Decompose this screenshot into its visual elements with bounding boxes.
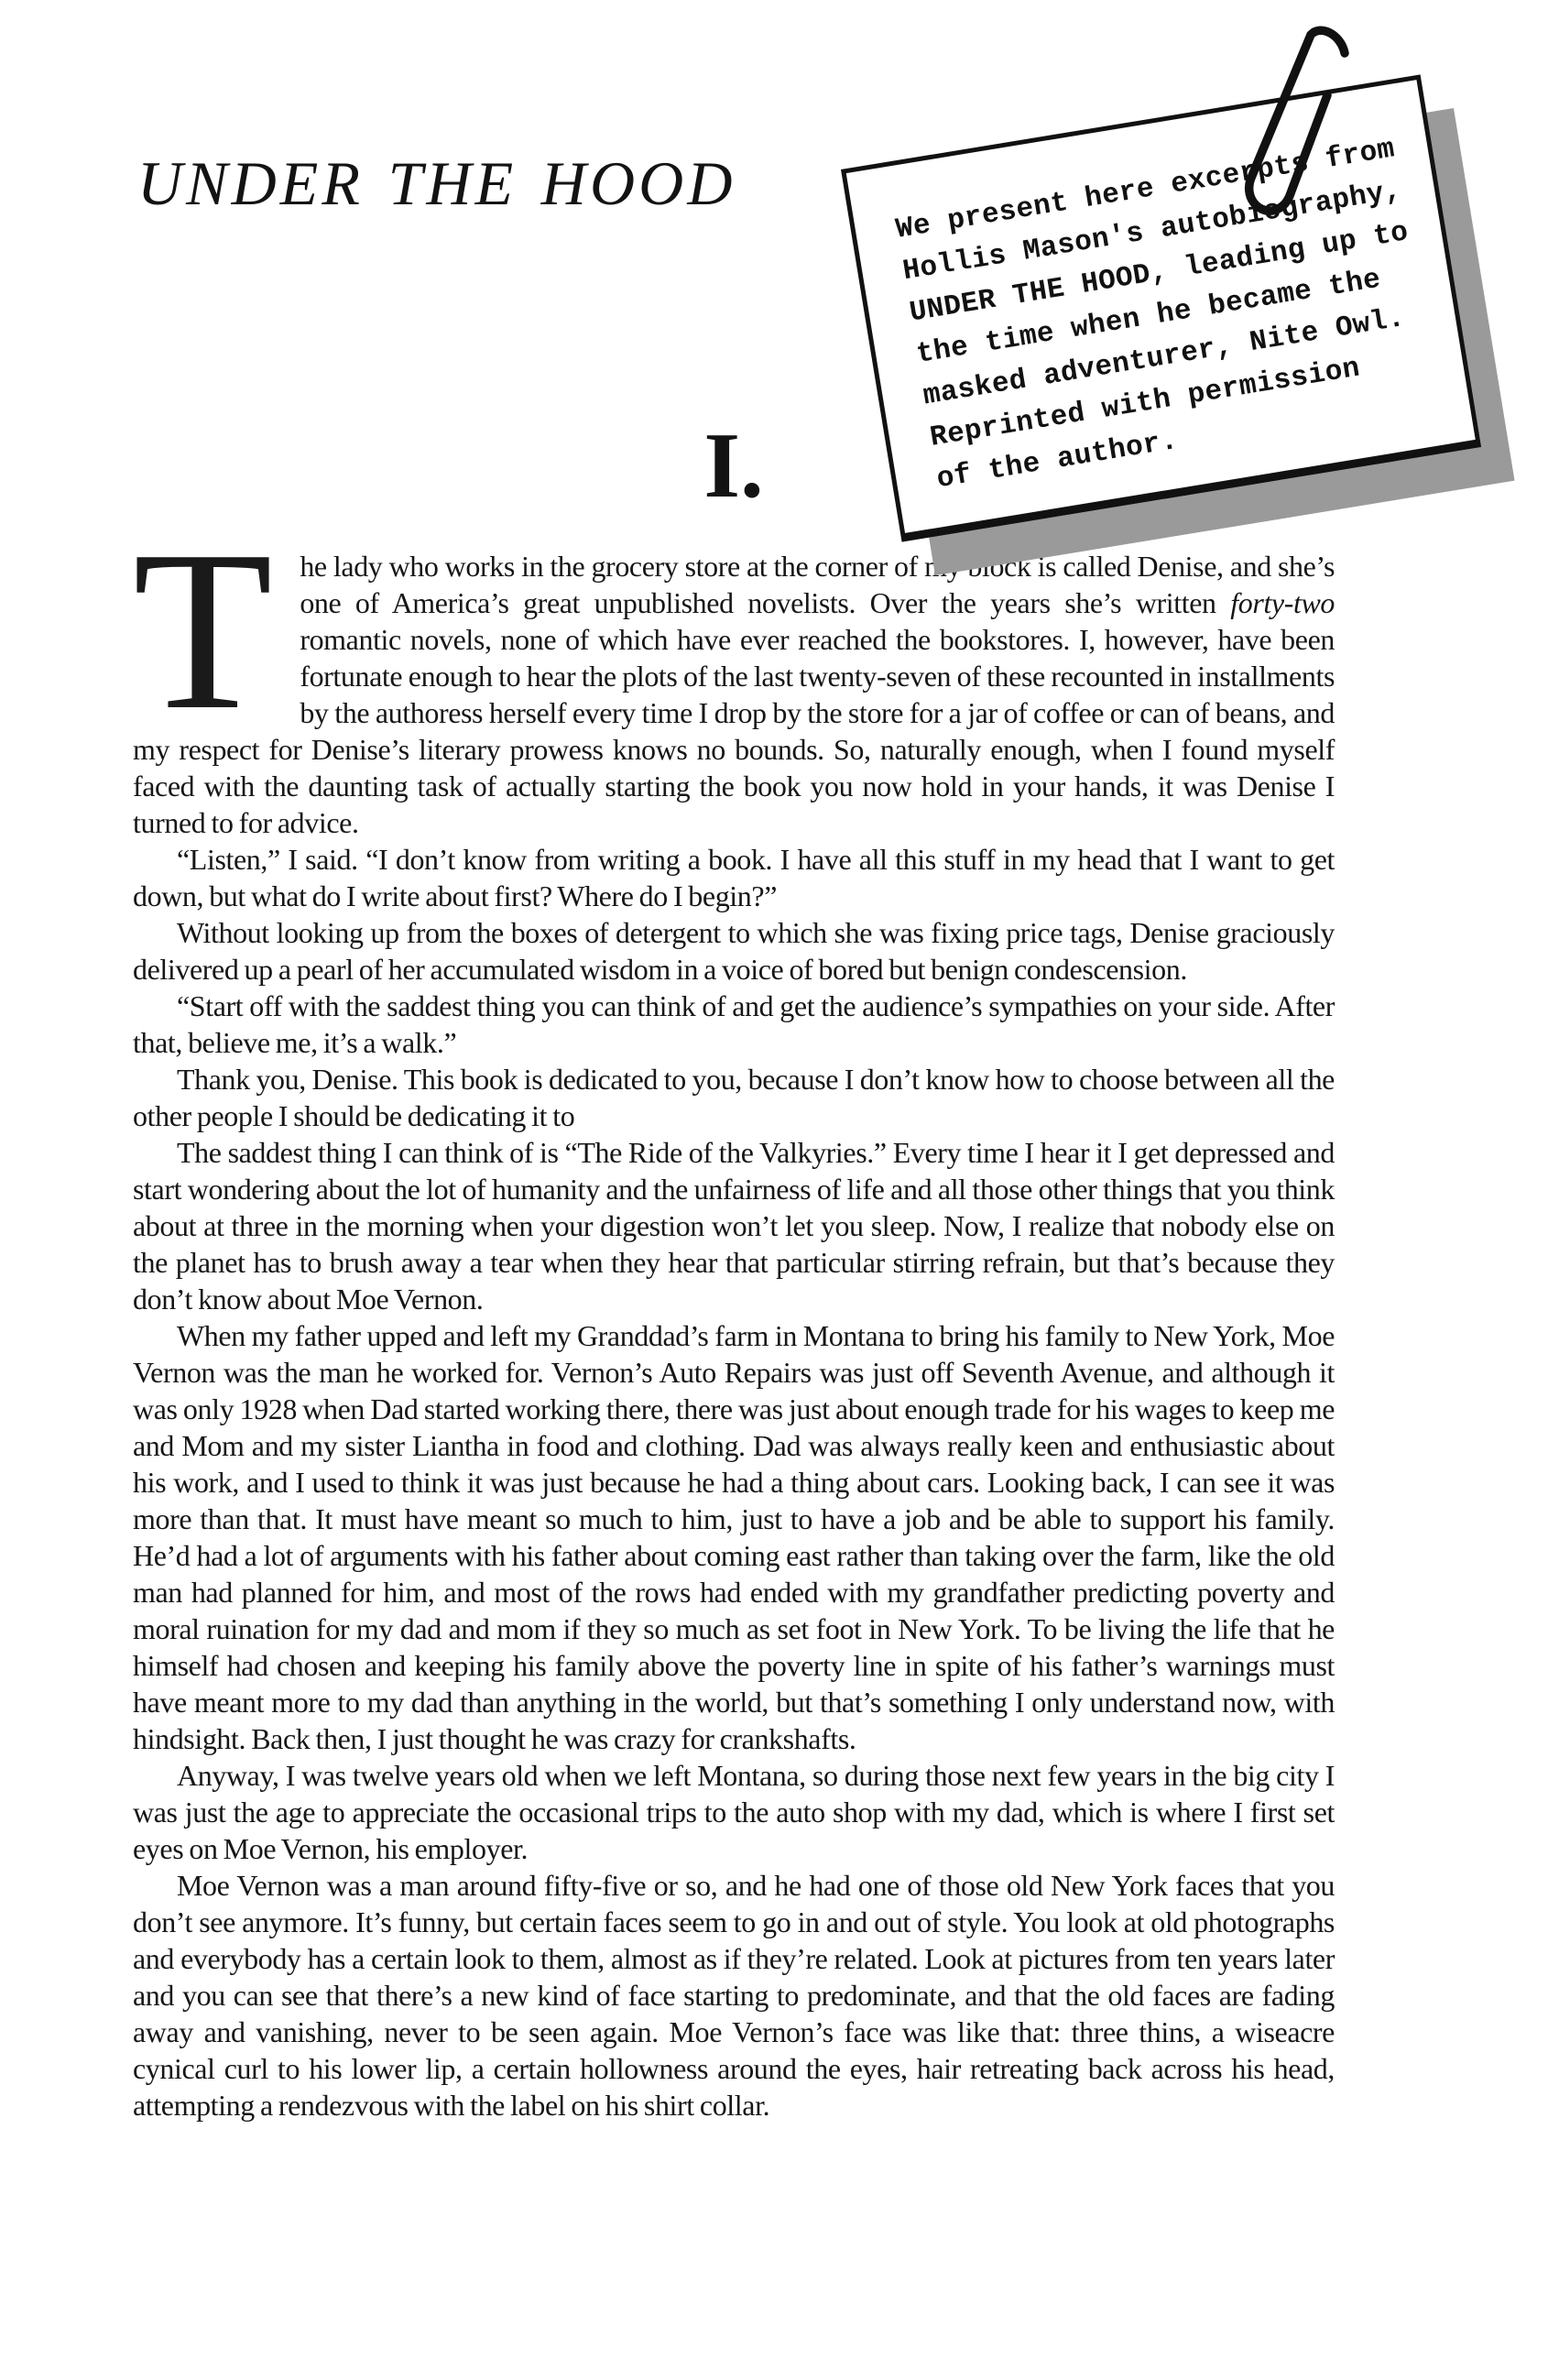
paragraph: “Listen,” I said. “I don’t know from wri… (133, 841, 1335, 914)
paragraph: Without looking up from the boxes of det… (133, 914, 1335, 988)
body-text: he lady who works in the grocery store a… (300, 550, 1335, 619)
body-text: “Listen,” I said. “I don’t know from wri… (133, 843, 1335, 912)
paragraph: The lady who works in the grocery store … (133, 548, 1335, 841)
paragraph: Anyway, I was twelve years old when we l… (133, 1757, 1335, 1867)
paperclip-icon (1218, 7, 1365, 223)
body-text: Anyway, I was twelve years old when we l… (133, 1759, 1335, 1865)
body-text: “Start off with the saddest thing you ca… (133, 989, 1335, 1059)
paragraph: “Start off with the saddest thing you ca… (133, 988, 1335, 1061)
paragraph: Thank you, Denise. This book is dedicate… (133, 1061, 1335, 1134)
article-body: The lady who works in the grocery store … (133, 548, 1335, 2123)
note-text: We present here excerpts from Hollis Mas… (846, 80, 1471, 508)
paragraph: When my father upped and left my Grandda… (133, 1317, 1335, 1757)
body-text: Without looking up from the boxes of det… (133, 916, 1335, 986)
paragraph: Moe Vernon was a man around fifty-five o… (133, 1867, 1335, 2123)
paragraph: The saddest thing I can think of is “The… (133, 1134, 1335, 1317)
body-text: Thank you, Denise. This book is dedicate… (133, 1063, 1335, 1132)
drop-cap: T (133, 548, 272, 728)
page-title: UNDER THE HOOD (137, 152, 736, 214)
italic-text: forty-two (1230, 586, 1335, 619)
body-text: The saddest thing I can think of is “The… (133, 1136, 1335, 1316)
body-text: When my father upped and left my Grandda… (133, 1319, 1335, 1755)
body-text: Moe Vernon was a man around fifty-five o… (133, 1869, 1335, 2122)
book-page: UNDER THE HOOD We present here excerpts … (0, 0, 1548, 2380)
body-text: romantic novels, none of which have ever… (133, 623, 1335, 839)
clipped-note: We present here excerpts from Hollis Mas… (841, 74, 1481, 541)
